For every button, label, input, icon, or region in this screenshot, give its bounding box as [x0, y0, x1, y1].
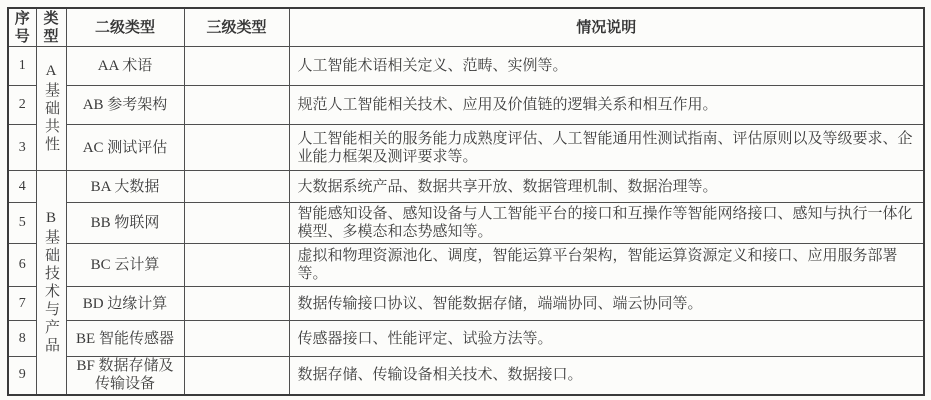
table-row: 3 AC 测试评估 人工智能相关的服务能力成熟度评估、人工智能通用性测试指南、评… — [8, 125, 924, 171]
description-cell: 大数据系统产品、数据共享开放、数据管理机制、数据治理等。 — [289, 171, 924, 203]
seq-cell: 6 — [8, 244, 36, 287]
secondary-type-cell: AC 测试评估 — [66, 125, 184, 171]
description-cell: 人工智能相关的服务能力成熟度评估、人工智能通用性测试指南、评估原则以及等级要求、… — [289, 125, 924, 171]
table-row: 6 BC 云计算 虚拟和物理资源池化、调度，智能运算平台架构，智能运算资源定义和… — [8, 244, 924, 287]
type-group-b-label: B基础技术与产品 — [42, 210, 60, 355]
description-cell: 虚拟和物理资源池化、调度，智能运算平台架构，智能运算资源定义和接口、应用服务部署… — [289, 244, 924, 287]
description-cell: 数据传输接口协议、智能数据存储，端端协同、端云协同等。 — [289, 287, 924, 321]
type-group-a-cell: A基础共性 — [36, 47, 66, 171]
table-row: 4 B基础技术与产品 BA 大数据 大数据系统产品、数据共享开放、数据管理机制、… — [8, 171, 924, 203]
table-row: 2 AB 参考架构 规范人工智能相关技术、应用及价值链的逻辑关系和相互作用。 — [8, 86, 924, 125]
secondary-type-cell: BB 物联网 — [66, 203, 184, 244]
col-header-type: 类型 — [36, 8, 66, 47]
secondary-type-cell: BC 云计算 — [66, 244, 184, 287]
type-group-b-cell: B基础技术与产品 — [36, 171, 66, 395]
type-group-a-label: A基础共性 — [42, 63, 60, 154]
secondary-type-cell: BA 大数据 — [66, 171, 184, 203]
tertiary-type-cell — [184, 125, 289, 171]
secondary-type-cell: BD 边缘计算 — [66, 287, 184, 321]
seq-cell: 3 — [8, 125, 36, 171]
col-header-seq: 序号 — [8, 8, 36, 47]
secondary-type-cell: AB 参考架构 — [66, 86, 184, 125]
seq-cell: 9 — [8, 357, 36, 395]
table-row: 5 BB 物联网 智能感知设备、感知设备与人工智能平台的接口和互操作等智能网络接… — [8, 203, 924, 244]
description-cell: 规范人工智能相关技术、应用及价值链的逻辑关系和相互作用。 — [289, 86, 924, 125]
tertiary-type-cell — [184, 287, 289, 321]
description-cell: 人工智能术语相关定义、范畴、实例等。 — [289, 47, 924, 86]
col-header-description: 情况说明 — [289, 8, 924, 47]
description-cell: 传感器接口、性能评定、试验方法等。 — [289, 321, 924, 357]
tertiary-type-cell — [184, 357, 289, 395]
secondary-type-cell: AA 术语 — [66, 47, 184, 86]
col-header-secondary-type: 二级类型 — [66, 8, 184, 47]
table-row: 9 BF 数据存储及传输设备 数据存储、传输设备相关技术、数据接口。 — [8, 357, 924, 395]
tertiary-type-cell — [184, 244, 289, 287]
seq-cell: 8 — [8, 321, 36, 357]
seq-cell: 1 — [8, 47, 36, 86]
secondary-type-cell: BE 智能传感器 — [66, 321, 184, 357]
tertiary-type-cell — [184, 171, 289, 203]
col-header-tertiary-type: 三级类型 — [184, 8, 289, 47]
table-row: 7 BD 边缘计算 数据传输接口协议、智能数据存储，端端协同、端云协同等。 — [8, 287, 924, 321]
description-cell: 数据存储、传输设备相关技术、数据接口。 — [289, 357, 924, 395]
seq-cell: 5 — [8, 203, 36, 244]
seq-cell: 7 — [8, 287, 36, 321]
tertiary-type-cell — [184, 86, 289, 125]
description-cell: 智能感知设备、感知设备与人工智能平台的接口和互操作等智能网络接口、感知与执行一体… — [289, 203, 924, 244]
seq-cell: 4 — [8, 171, 36, 203]
header-row: 序号 类型 二级类型 三级类型 情况说明 — [8, 8, 924, 47]
secondary-type-cell: BF 数据存储及传输设备 — [66, 357, 184, 395]
tertiary-type-cell — [184, 203, 289, 244]
classification-table: 序号 类型 二级类型 三级类型 情况说明 1 A基础共性 AA 术语 人工智能术… — [7, 7, 925, 396]
table-row: 1 A基础共性 AA 术语 人工智能术语相关定义、范畴、实例等。 — [8, 47, 924, 86]
seq-cell: 2 — [8, 86, 36, 125]
table-row: 8 BE 智能传感器 传感器接口、性能评定、试验方法等。 — [8, 321, 924, 357]
tertiary-type-cell — [184, 321, 289, 357]
tertiary-type-cell — [184, 47, 289, 86]
